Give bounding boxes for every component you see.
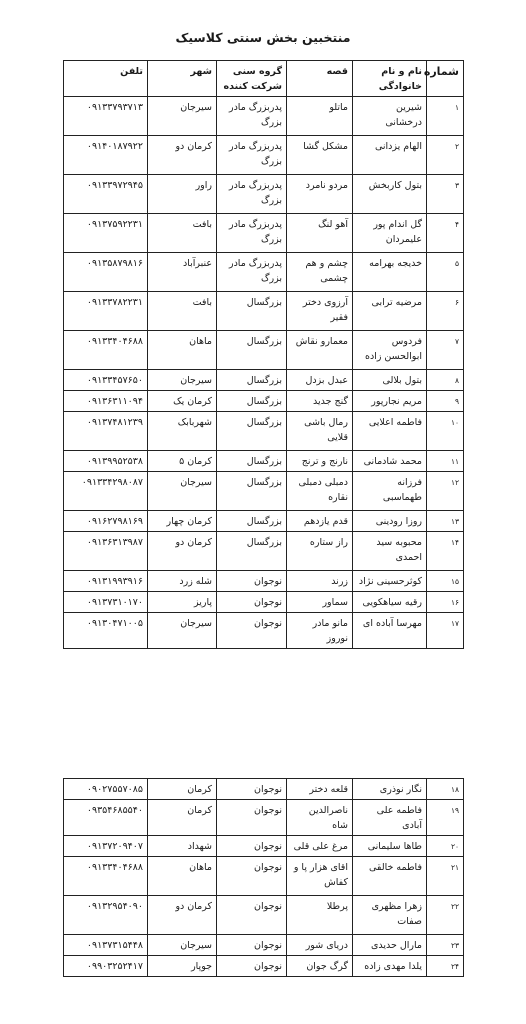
cell-number: ۲۴ [427, 956, 464, 977]
cell-city: سیرجان [148, 472, 217, 511]
participants-table-2: ۱۸نگار نوذریقلعه دخترنوجوانکرمان۰۹۰۲۷۵۵۷… [63, 778, 464, 977]
table-row: ۱۷مهرسا آباده ایمانو مادر نوروزنوجوانسیر… [64, 613, 464, 649]
cell-number: ۱۰ [427, 412, 464, 451]
cell-phone: ۰۹۱۳۳۴۲۹۸۰۸۷ [64, 472, 148, 511]
cell-name: فاطمه اعلایی [353, 412, 427, 451]
header-phone: تلفن [64, 61, 148, 97]
cell-age-group: بزرگسال [217, 370, 287, 391]
cell-age-group: نوجوان [217, 800, 287, 836]
cell-city: راور [148, 175, 217, 214]
cell-name: کوثرحسینی نژاد [353, 571, 427, 592]
cell-story: عبدل بزدل [287, 370, 353, 391]
cell-city: بافت [148, 214, 217, 253]
cell-name: محبوبه سید احمدی [353, 532, 427, 571]
cell-phone: ۰۹۹۰۳۲۵۲۴۱۷ [64, 956, 148, 977]
cell-story: زرند [287, 571, 353, 592]
cell-story: نارنج و ترنج [287, 451, 353, 472]
cell-story: چشم و هم چشمی [287, 253, 353, 292]
cell-name: گل اندام پور علیمردان [353, 214, 427, 253]
cell-phone: ۰۹۳۵۴۶۸۵۵۴۰ [64, 800, 148, 836]
table-row: ۱۱محمد شادمانینارنج و ترنجبزرگسالکرمان ۵… [64, 451, 464, 472]
cell-number: ۱۴ [427, 532, 464, 571]
cell-story: آرزوی دختر فقیر [287, 292, 353, 331]
table-row: ۲۳مارال حدیدیدریای شورنوجوانسیرجان۰۹۱۳۷۳… [64, 935, 464, 956]
document-title: منتخبین بخش سنتی کلاسیک [0, 30, 526, 45]
cell-age-group: بزرگسال [217, 412, 287, 451]
cell-story: رمال باشی قلایی [287, 412, 353, 451]
cell-phone: ۰۹۰۲۷۵۵۷۰۸۵ [64, 779, 148, 800]
cell-age-group: بزرگسال [217, 331, 287, 370]
cell-phone: ۰۹۱۳۰۴۷۱۰۰۵ [64, 613, 148, 649]
cell-city: بافت [148, 292, 217, 331]
cell-age-group: بزرگسال [217, 511, 287, 532]
cell-number: ۴ [427, 214, 464, 253]
header-age-group: گروه سنی شرکت کننده [217, 61, 287, 97]
cell-phone: ۰۹۱۴۰۱۸۷۹۲۲ [64, 136, 148, 175]
header-story: قصه [287, 61, 353, 97]
cell-city: کرمان دو [148, 532, 217, 571]
cell-number: ۲۰ [427, 836, 464, 857]
cell-age-group: نوجوان [217, 956, 287, 977]
cell-name: فاطمه علی آبادی [353, 800, 427, 836]
cell-city: جوپار [148, 956, 217, 977]
cell-city: کرمان دو [148, 136, 217, 175]
cell-age-group: نوجوان [217, 779, 287, 800]
cell-city: کرمان [148, 800, 217, 836]
cell-story: قلعه دختر [287, 779, 353, 800]
cell-name: مرضیه ترابی [353, 292, 427, 331]
cell-age-group: بزرگسال [217, 292, 287, 331]
cell-phone: ۰۹۱۳۳۴۵۷۶۵۰ [64, 370, 148, 391]
cell-city: سیرجان [148, 613, 217, 649]
table-row: ۲۲زهرا مظهری صفاتپرطلانوجوانکرمان دو۰۹۱۳… [64, 896, 464, 935]
cell-city: کرمان چهار [148, 511, 217, 532]
table-row: ۱۳روزا رودینیقدم یازدهمبزرگسالکرمان چهار… [64, 511, 464, 532]
cell-city: کرمان ۵ [148, 451, 217, 472]
cell-story: آهو لنگ [287, 214, 353, 253]
cell-city: پاریز [148, 592, 217, 613]
cell-age-group: نوجوان [217, 935, 287, 956]
cell-number: ۱۸ [427, 779, 464, 800]
cell-age-group: بزرگسال [217, 391, 287, 412]
header-city: شهر [148, 61, 217, 97]
cell-name: بتول کاربخش [353, 175, 427, 214]
cell-age-group: پدربزرگ مادر بزرگ [217, 97, 287, 136]
cell-story: گرگ جوان [287, 956, 353, 977]
cell-age-group: پدربزرگ مادر بزرگ [217, 253, 287, 292]
cell-city: شهداد [148, 836, 217, 857]
cell-phone: ۰۹۱۳۶۳۱۱۰۹۴ [64, 391, 148, 412]
cell-age-group: نوجوان [217, 857, 287, 896]
cell-phone: ۰۹۱۶۲۷۹۸۱۶۹ [64, 511, 148, 532]
cell-phone: ۰۹۱۳۲۹۵۴۰۹۰ [64, 896, 148, 935]
cell-name: شیرین درخشانی [353, 97, 427, 136]
cell-story: راز ستاره [287, 532, 353, 571]
cell-number: ۲۲ [427, 896, 464, 935]
cell-phone: ۰۹۱۳۷۵۹۲۲۳۱ [64, 214, 148, 253]
cell-phone: ۰۹۱۳۷۳۱۵۴۴۸ [64, 935, 148, 956]
cell-number: ۵ [427, 253, 464, 292]
cell-number: ۱۵ [427, 571, 464, 592]
table-row: ۸بتول بلالیعبدل بزدلبزرگسالسیرجان۰۹۱۳۳۴۵… [64, 370, 464, 391]
table-row: ۲۱فاطمه خالقیاقای هزار پا و کفاشنوجوانما… [64, 857, 464, 896]
cell-name: نگار نوذری [353, 779, 427, 800]
table-row: ۶مرضیه ترابیآرزوی دختر فقیربزرگسالبافت۰۹… [64, 292, 464, 331]
cell-age-group: بزرگسال [217, 532, 287, 571]
cell-story: گنج جدید [287, 391, 353, 412]
cell-number: ۱ [427, 97, 464, 136]
cell-number: ۱۹ [427, 800, 464, 836]
table-row: ۴گل اندام پور علیمردانآهو لنگپدربزرگ ماد… [64, 214, 464, 253]
cell-number: ۱۶ [427, 592, 464, 613]
cell-age-group: نوجوان [217, 613, 287, 649]
cell-phone: ۰۹۱۳۷۴۸۱۲۳۹ [64, 412, 148, 451]
cell-story: دمبلی دمبلی نقاره [287, 472, 353, 511]
cell-story: مانو مادر نوروز [287, 613, 353, 649]
table-row: ۹مریم نجارپورگنج جدیدبزرگسالکرمان یک۰۹۱۳… [64, 391, 464, 412]
cell-phone: ۰۹۱۳۹۹۵۲۵۳۸ [64, 451, 148, 472]
cell-age-group: نوجوان [217, 571, 287, 592]
cell-name: رقیه سیاهکویی [353, 592, 427, 613]
cell-name: طاها سلیمانی [353, 836, 427, 857]
table-row: ۲۰طاها سلیمانیمرغ علی قلینوجوانشهداد۰۹۱۳… [64, 836, 464, 857]
cell-phone: ۰۹۱۳۶۳۱۳۹۸۷ [64, 532, 148, 571]
table-row: ۳بتول کاربخشمردو نامردپدربزرگ مادر بزرگر… [64, 175, 464, 214]
cell-number: ۸ [427, 370, 464, 391]
header-row: شماره نام و نام خانوادگی قصه گروه سنی شر… [64, 61, 464, 97]
table-row: ۲الهام یزدانیمشکل گشاپدربزرگ مادر بزرگکر… [64, 136, 464, 175]
cell-phone: ۰۹۱۳۳۷۹۳۷۱۳ [64, 97, 148, 136]
cell-story: ماتلو [287, 97, 353, 136]
table-row: ۵خدیجه بهرامهچشم و هم چشمیپدربزرگ مادر ب… [64, 253, 464, 292]
cell-phone: ۰۹۱۳۳۴۰۴۶۸۸ [64, 857, 148, 896]
table-row: ۱۹فاطمه علی آبادیناصرالدین شاهنوجوانکرما… [64, 800, 464, 836]
cell-age-group: نوجوان [217, 896, 287, 935]
cell-city: شله زرد [148, 571, 217, 592]
cell-name: زهرا مظهری صفات [353, 896, 427, 935]
cell-phone: ۰۹۱۳۷۳۱۰۱۷۰ [64, 592, 148, 613]
cell-city: سیرجان [148, 97, 217, 136]
cell-name: الهام یزدانی [353, 136, 427, 175]
cell-phone: ۰۹۱۳۵۸۷۹۸۱۶ [64, 253, 148, 292]
table-row: ۲۴یلدا مهدی زادهگرگ جواننوجوانجوپار۰۹۹۰۳… [64, 956, 464, 977]
cell-phone: ۰۹۱۳۷۲۰۹۴۰۷ [64, 836, 148, 857]
cell-phone: ۰۹۱۳۳۹۷۲۹۴۵ [64, 175, 148, 214]
cell-name: روزا رودینی [353, 511, 427, 532]
table-row: ۱۲فرزانه طهماسبیدمبلی دمبلی نقارهبزرگسال… [64, 472, 464, 511]
cell-number: ۲۳ [427, 935, 464, 956]
table-row: ۱۶رقیه سیاهکوییسماورنوجوانپاریز۰۹۱۳۷۳۱۰۱… [64, 592, 464, 613]
cell-age-group: پدربزرگ مادر بزرگ [217, 136, 287, 175]
cell-age-group: بزرگسال [217, 472, 287, 511]
cell-number: ۱۲ [427, 472, 464, 511]
table-row: ۱۴محبوبه سید احمدیراز ستارهبزرگسالکرمان … [64, 532, 464, 571]
header-name: نام و نام خانوادگی [353, 61, 427, 97]
cell-city: ماهان [148, 331, 217, 370]
cell-name: مریم نجارپور [353, 391, 427, 412]
participants-table-1: شماره نام و نام خانوادگی قصه گروه سنی شر… [63, 60, 464, 649]
cell-name: فرزانه طهماسبی [353, 472, 427, 511]
table-row: ۱۵کوثرحسینی نژادزرندنوجوانشله زرد۰۹۱۳۱۹۹… [64, 571, 464, 592]
cell-number: ۶ [427, 292, 464, 331]
cell-city: کرمان یک [148, 391, 217, 412]
cell-city: ماهان [148, 857, 217, 896]
cell-age-group: نوجوان [217, 592, 287, 613]
cell-name: محمد شادمانی [353, 451, 427, 472]
table-row: ۱۸نگار نوذریقلعه دخترنوجوانکرمان۰۹۰۲۷۵۵۷… [64, 779, 464, 800]
cell-story: مردو نامرد [287, 175, 353, 214]
header-number: شماره [427, 61, 464, 97]
cell-city: عنبرآباد [148, 253, 217, 292]
cell-story: پرطلا [287, 896, 353, 935]
cell-phone: ۰۹۱۳۳۷۸۲۲۳۱ [64, 292, 148, 331]
cell-story: مرغ علی قلی [287, 836, 353, 857]
cell-age-group: نوجوان [217, 836, 287, 857]
table-row: ۷فردوس ابوالحسن زادهمعمارو نقاشبزرگسالما… [64, 331, 464, 370]
cell-story: مشکل گشا [287, 136, 353, 175]
cell-phone: ۰۹۱۳۱۹۹۳۹۱۶ [64, 571, 148, 592]
table-row: ۱۰فاطمه اعلاییرمال باشی قلاییبزرگسالشهرب… [64, 412, 464, 451]
cell-city: کرمان دو [148, 896, 217, 935]
cell-city: شهربابک [148, 412, 217, 451]
cell-number: ۱۱ [427, 451, 464, 472]
cell-name: خدیجه بهرامه [353, 253, 427, 292]
cell-city: سیرجان [148, 935, 217, 956]
cell-age-group: بزرگسال [217, 451, 287, 472]
cell-number: ۱۳ [427, 511, 464, 532]
cell-number: ۳ [427, 175, 464, 214]
cell-phone: ۰۹۱۳۳۴۰۴۶۸۸ [64, 331, 148, 370]
cell-age-group: پدربزرگ مادر بزرگ [217, 175, 287, 214]
cell-story: اقای هزار پا و کفاش [287, 857, 353, 896]
cell-story: سماور [287, 592, 353, 613]
cell-number: ۹ [427, 391, 464, 412]
cell-story: ناصرالدین شاه [287, 800, 353, 836]
cell-story: معمارو نقاش [287, 331, 353, 370]
cell-number: ۲ [427, 136, 464, 175]
cell-city: کرمان [148, 779, 217, 800]
cell-city: سیرجان [148, 370, 217, 391]
cell-story: دریای شور [287, 935, 353, 956]
cell-number: ۱۷ [427, 613, 464, 649]
cell-number: ۷ [427, 331, 464, 370]
cell-name: مارال حدیدی [353, 935, 427, 956]
cell-number: ۲۱ [427, 857, 464, 896]
cell-name: مهرسا آباده ای [353, 613, 427, 649]
cell-story: قدم یازدهم [287, 511, 353, 532]
cell-name: بتول بلالی [353, 370, 427, 391]
cell-name: یلدا مهدی زاده [353, 956, 427, 977]
table-row: ۱شیرین درخشانیماتلوپدربزرگ مادر بزرگسیرج… [64, 97, 464, 136]
cell-name: فاطمه خالقی [353, 857, 427, 896]
cell-age-group: پدربزرگ مادر بزرگ [217, 214, 287, 253]
cell-name: فردوس ابوالحسن زاده [353, 331, 427, 370]
